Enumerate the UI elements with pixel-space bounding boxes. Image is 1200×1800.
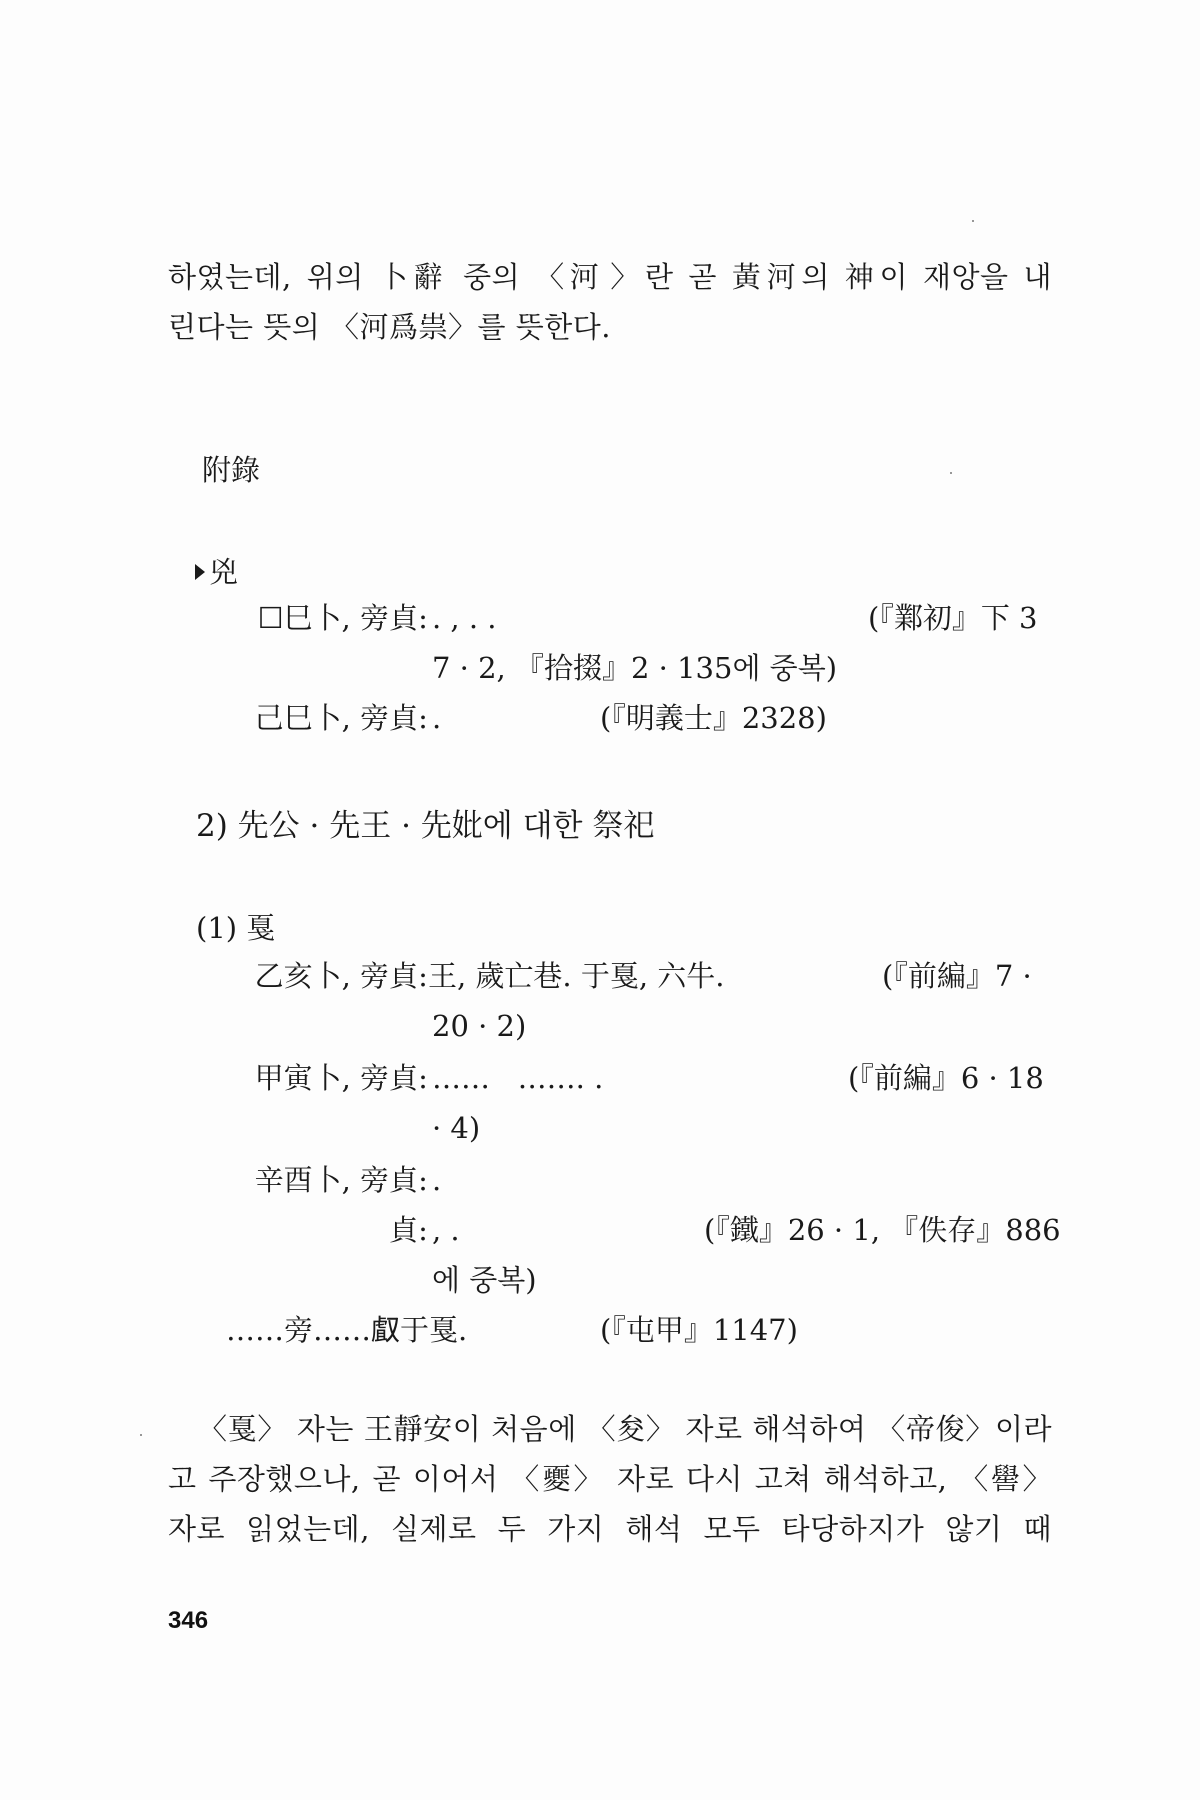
entry-citation: (『前編』7 · <box>882 956 1032 996</box>
entry-label: 己巳卜, 旁貞 <box>255 698 418 738</box>
page-number: 346 <box>168 1606 208 1636</box>
entry-content: …… ……𡆧于戛𡧊. 十月. <box>432 1058 603 1098</box>
entry-continuation: 20 · 2) <box>432 1006 526 1046</box>
paragraph-top: 하였는데, 위의 卜辭 중의 〈河𡆥〉란 곧 黃河의 神이 재앙을 내 린다는 … <box>168 252 1052 352</box>
entry-content: 𠦪年于戛, 九牛. <box>432 1210 460 1250</box>
entry-citation: (『前編』6 · 18 <box>848 1058 1044 1098</box>
scan-speck <box>972 220 974 222</box>
entry-content: 𠦪年于河. <box>432 1160 441 1200</box>
entry-content: 王𡧊, 歲亡巷. 𡆧于戛, 六牛. <box>428 956 725 996</box>
entry-label: ☐巳卜, 旁貞 <box>258 598 418 638</box>
paragraph-line: 린다는 뜻의 〈河爲祟〉를 뜻한다. <box>168 302 1052 352</box>
entry-citation: (『鄴初』下 3 <box>868 598 1037 638</box>
entry-colon: : <box>416 1160 430 1200</box>
paragraph-line: 자로 읽었는데, 실제로 두 가지 해석 모두 타당하지가 않기 때 <box>168 1504 1052 1554</box>
entry-continuation: 7 · 2, 『拾掇』2 · 135에 중복) <box>432 648 837 688</box>
entry-label: 辛酉卜, 旁貞 <box>255 1160 418 1200</box>
entry-continuation: · 4) <box>432 1108 480 1148</box>
entry-free-text: ……旁……𠭯𡆧于戛. <box>226 1310 467 1350</box>
entry-colon: : <box>416 1058 430 1098</box>
scan-speck <box>140 1434 142 1436</box>
entry-citation: (『鐵』26 · 1, 『佚存』886 <box>704 1210 1061 1250</box>
paragraph-line: 〈戛〉 자는 王靜安이 처음에 〈夋〉 자로 해석하여 〈帝俊〉이라 <box>168 1404 1052 1454</box>
entry-content: 𡆧于兇. <box>432 698 441 738</box>
entry-colon: : <box>416 698 430 738</box>
entry-heading-text: 兇 <box>209 555 238 589</box>
entry-content: 𠦪年于兇. 五小𡧊, 𡆥. 二月. <box>432 598 497 638</box>
paragraph-line: 고 주장했으나, 곧 이어서 〈夒〉 자로 다시 고쳐 해석하고, 〈嚳〉 <box>168 1454 1052 1504</box>
subsection-heading: (1) 戛 <box>196 908 275 948</box>
entry-citation: (『明義士』2328) <box>600 698 827 738</box>
entry-label: 甲寅卜, 旁貞 <box>255 1058 418 1098</box>
entry-colon: : <box>416 598 430 638</box>
book-page: 하였는데, 위의 卜辭 중의 〈河𡆥〉란 곧 黃河의 神이 재앙을 내 린다는 … <box>0 0 1200 1800</box>
entry-continuation: 에 중복) <box>432 1260 537 1300</box>
paragraph-bottom: 〈戛〉 자는 王靜安이 처음에 〈夋〉 자로 해석하여 〈帝俊〉이라 고 주장했… <box>168 1404 1052 1554</box>
section-heading: 2) 先公 · 先王 · 先妣에 대한 祭祀 <box>196 806 654 846</box>
entry-citation: (『屯甲』1147) <box>600 1310 798 1350</box>
appendix-title: 附錄 <box>202 450 260 490</box>
paragraph-line: 하였는데, 위의 卜辭 중의 〈河𡆥〉란 곧 黃河의 神이 재앙을 내 <box>168 252 1052 302</box>
appendix-entry-heading: 兇 <box>195 552 238 592</box>
entry-label: 乙亥卜, 旁貞 <box>255 956 418 996</box>
entry-label: 貞 <box>389 1210 418 1250</box>
entry-colon: : <box>416 1210 430 1250</box>
triangle-bullet-icon <box>195 564 205 580</box>
scan-speck <box>950 472 952 474</box>
